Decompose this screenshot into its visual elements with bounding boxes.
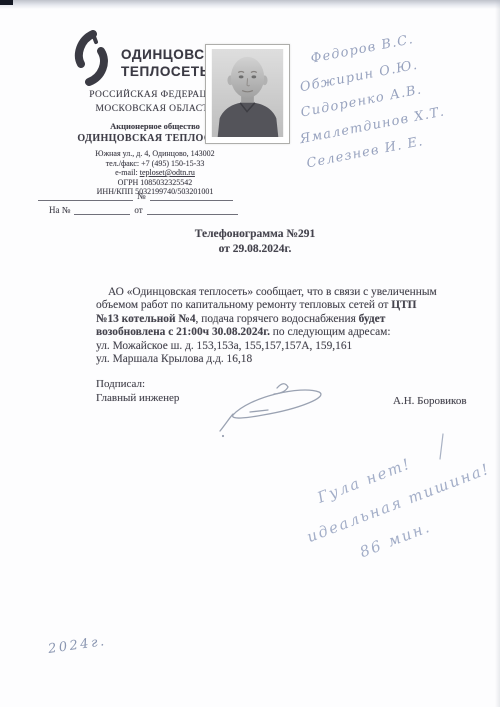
body-line: №13 котельной №4, подача горячего водосн… (96, 313, 446, 326)
email-label: e-mail: (115, 168, 140, 177)
ref-underline (150, 191, 233, 201)
ref-underline (147, 205, 238, 215)
title-line2: от 29.08.2024г. (30, 242, 480, 257)
reply-ref-line: На №от (45, 205, 238, 215)
body-line: АО «Одинцовская теплосеть» сообщает, что… (96, 286, 446, 299)
handwritten-names: Федоров В.С.Обжирин О.Ю.Сидоренко А.В.Ям… (283, 24, 452, 177)
document-title: Телефонограмма №291 от 29.08.2024г. (30, 227, 480, 256)
ref-underline (38, 191, 133, 201)
scan-corner-mark (0, 0, 13, 5)
body-line: возобновлена с 21:00ч 30.08.2024г. по сл… (96, 326, 446, 339)
ot-label: от (134, 205, 142, 215)
letterhead-address: Южная ул., д. 4, Одинцово, 143002 (35, 149, 275, 159)
signed-label: Подписал: (96, 377, 179, 391)
document-page: ОДИНЦОВСКАЯ ТЕПЛОСЕТЬ РОССИЙСКАЯ ФЕДЕРАЦ… (0, 0, 500, 707)
email-address: teploset@odtn.ru (140, 168, 195, 177)
letterhead-email-line: e-mail: teploset@odtn.ru (35, 168, 275, 178)
body-line: объемом работ по капитальному ремонту те… (96, 299, 446, 312)
signature-block: Подписал: Главный инженер (96, 377, 179, 405)
na-no-label: На № (49, 205, 70, 215)
scan-right-shade (495, 0, 500, 707)
company-logo-flame-icon (71, 30, 111, 91)
signer-position: Главный инженер (96, 391, 179, 405)
number-symbol: № (137, 191, 146, 201)
body-line: ул. Можайское ш. д. 153,153а, 155,157,15… (96, 340, 446, 353)
portrait-photo (205, 44, 290, 144)
letterhead-phone: тел./факс: +7 (495) 150-15-33 (35, 159, 275, 169)
letterhead-ogrn: ОГРН 1085032325542 (35, 178, 275, 188)
scan-top-strip (0, 0, 500, 9)
body-paragraph: АО «Одинцовская теплосеть» сообщает, что… (96, 286, 446, 366)
handwritten-year-note: 2024г. (47, 634, 107, 657)
ref-underline (74, 205, 130, 215)
title-line1: Телефонограмма №291 (30, 227, 480, 242)
handwritten-signature (213, 372, 341, 452)
signer-name: А.Н. Боровиков (393, 395, 467, 407)
ref-number-line: № (38, 191, 233, 201)
portrait-photo-image (211, 49, 284, 137)
body-line: ул. Маршала Крылова д.д. 16,18 (96, 353, 446, 366)
